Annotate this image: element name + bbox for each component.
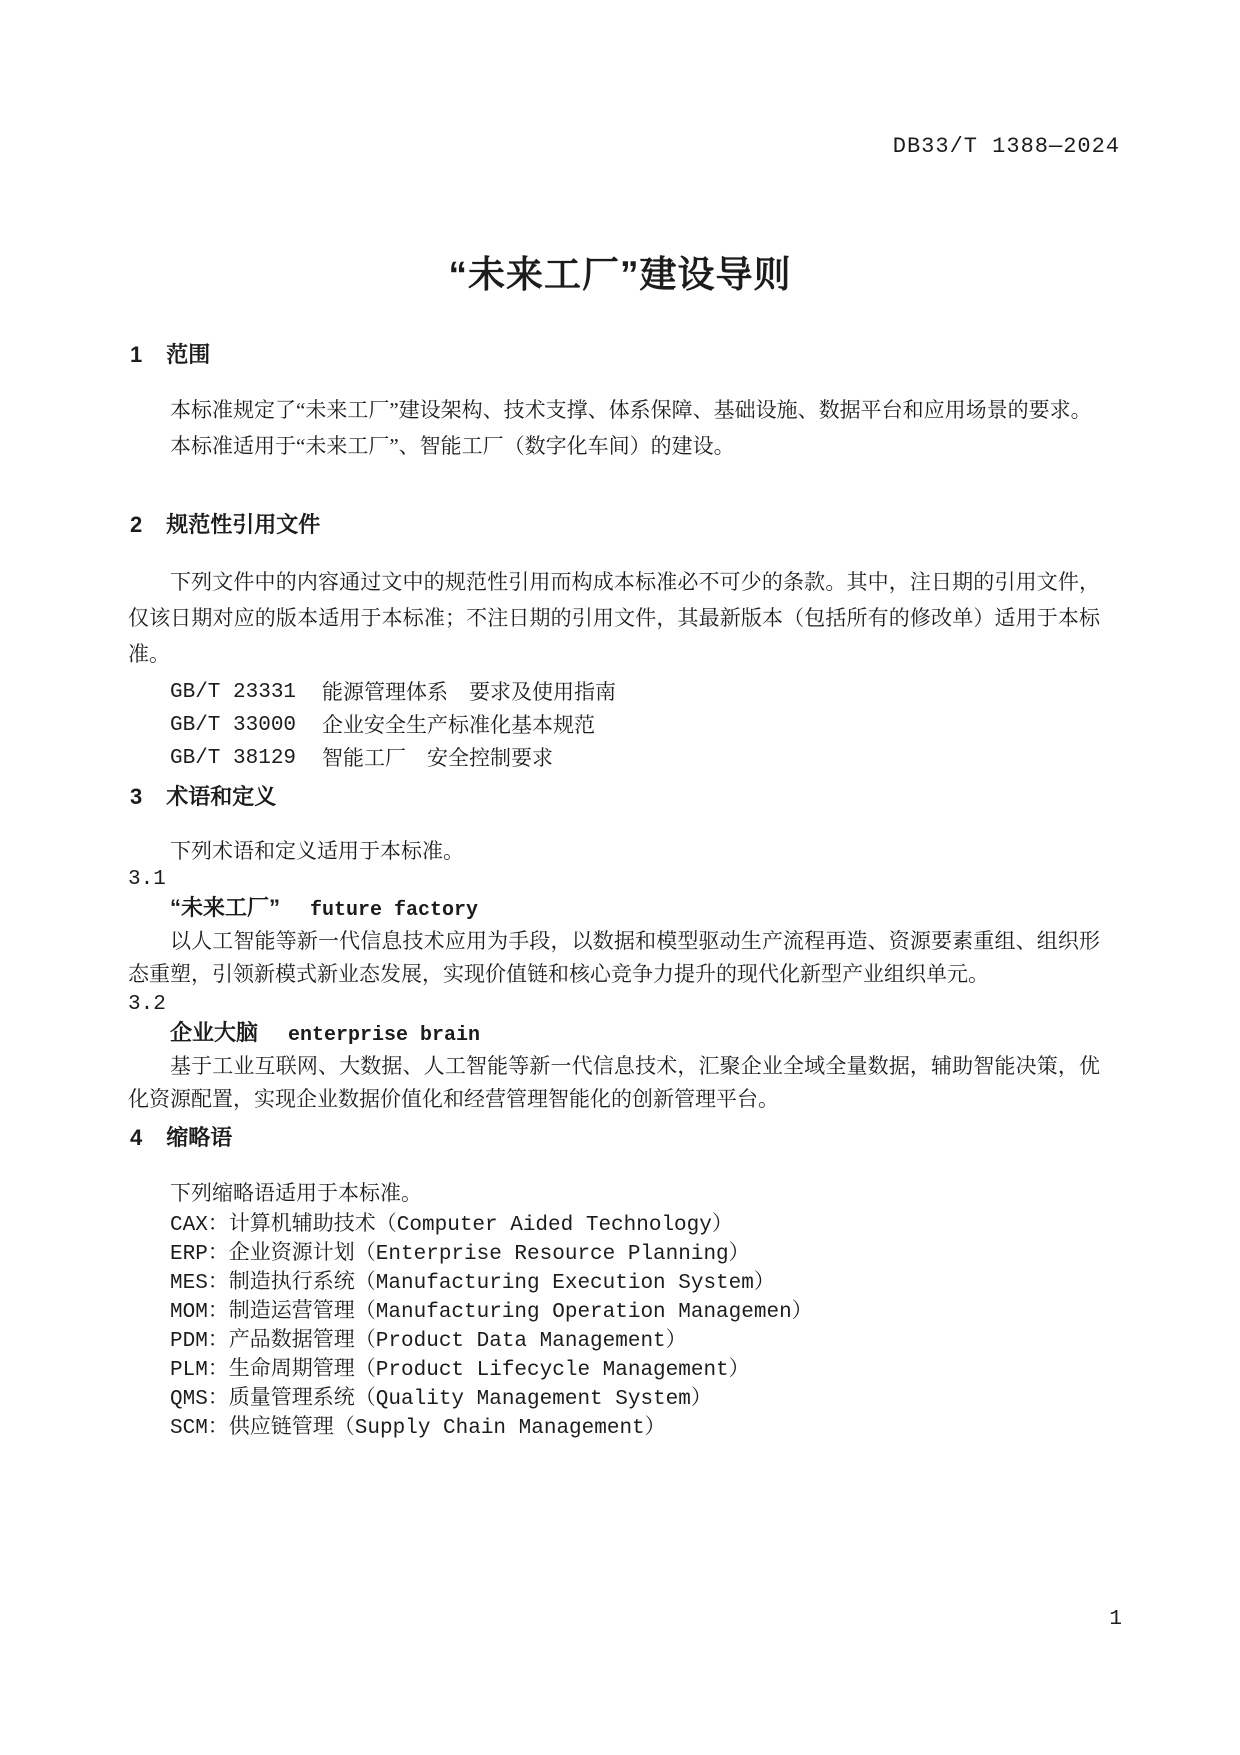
abbr-item: MOM：制造运营管理（Manufacturing Operation Manag… <box>170 1298 1100 1327</box>
section-2-body: 下列文件中的内容通过文中的规范性引用而构成本标准必不可少的条款。其中，注日期的引… <box>128 564 1100 672</box>
term-definition: 基于工业互联网、大数据、人工智能等新一代信息技术，汇聚企业全域全量数据，辅助智能… <box>128 1050 1100 1116</box>
term-name: “未来工厂” future factory <box>170 894 1100 925</box>
reference-code: GB/T 38129 <box>170 742 296 775</box>
abbr-item: MES：制造执行系统（Manufacturing Execution Syste… <box>170 1269 1100 1298</box>
doc-number: DB33/T 1388—2024 <box>893 134 1120 159</box>
reference-title: 企业安全生产标准化基本规范 <box>322 709 595 742</box>
term-number: 3.2 <box>128 991 1100 1019</box>
term-name: 企业大脑 enterprise brain <box>170 1019 1100 1050</box>
reference-list: GB/T 23331 能源管理体系 要求及使用指南 GB/T 33000 企业安… <box>128 676 1100 775</box>
reference-code: GB/T 33000 <box>170 709 296 742</box>
section-4-heading: 4 缩略语 <box>130 1125 232 1151</box>
abbr-item: QMS：质量管理系统（Quality Management System） <box>170 1385 1100 1414</box>
section-1-title: 范围 <box>166 342 210 368</box>
page-number: 1 <box>1109 1608 1122 1631</box>
term-zh: 企业大脑 <box>170 1019 258 1047</box>
section-4-body: 下列缩略语适用于本标准。 CAX：计算机辅助技术（Computer Aided … <box>128 1178 1100 1443</box>
term-zh: “未来工厂” <box>170 894 280 922</box>
reference-title: 智能工厂 安全控制要求 <box>322 742 553 775</box>
abbr-item: ERP：企业资源计划（Enterprise Resource Planning） <box>170 1240 1100 1269</box>
paragraph: 下列文件中的内容通过文中的规范性引用而构成本标准必不可少的条款。其中，注日期的引… <box>128 564 1100 672</box>
section-1-number: 1 <box>130 342 142 368</box>
section-3-heading: 3 术语和定义 <box>130 784 276 810</box>
reference-item: GB/T 33000 企业安全生产标准化基本规范 <box>170 709 1100 742</box>
term-en: enterprise brain <box>288 1022 480 1050</box>
term-number: 3.1 <box>128 866 1100 894</box>
abbr-item: SCM：供应链管理（Supply Chain Management） <box>170 1414 1100 1443</box>
section-2-title: 规范性引用文件 <box>166 512 320 538</box>
section-4-title: 缩略语 <box>166 1125 232 1151</box>
reference-item: GB/T 23331 能源管理体系 要求及使用指南 <box>170 676 1100 709</box>
reference-item: GB/T 38129 智能工厂 安全控制要求 <box>170 742 1100 775</box>
term-definition: 以人工智能等新一代信息技术应用为手段，以数据和模型驱动生产流程再造、资源要素重组… <box>128 925 1100 991</box>
section-2-number: 2 <box>130 512 142 538</box>
section-3-body: 下列术语和定义适用于本标准。 3.1 “未来工厂” future factory… <box>128 836 1100 1116</box>
abbr-intro: 下列缩略语适用于本标准。 <box>128 1178 1100 1208</box>
paragraph: 本标准适用于“未来工厂”、智能工厂（数字化车间）的建设。 <box>128 428 1100 464</box>
abbr-item: CAX：计算机辅助技术（Computer Aided Technology） <box>170 1211 1100 1240</box>
document-page: DB33/T 1388—2024 “未来工厂”建设导则 1 范围 本标准规定了“… <box>0 0 1240 1755</box>
section-4-number: 4 <box>130 1125 142 1151</box>
page-title: “未来工厂”建设导则 <box>0 244 1240 298</box>
reference-title: 能源管理体系 要求及使用指南 <box>322 676 616 709</box>
section-3-title: 术语和定义 <box>166 784 276 810</box>
reference-code: GB/T 23331 <box>170 676 296 709</box>
abbr-item: PDM：产品数据管理（Product Data Management） <box>170 1327 1100 1356</box>
section-2-heading: 2 规范性引用文件 <box>130 512 320 538</box>
abbr-item: PLM：生命周期管理（Product Lifecycle Management） <box>170 1356 1100 1385</box>
section-1-body: 本标准规定了“未来工厂”建设架构、技术支撑、体系保障、基础设施、数据平台和应用场… <box>128 392 1100 464</box>
terms-intro: 下列术语和定义适用于本标准。 <box>128 836 1100 866</box>
section-3-number: 3 <box>130 784 142 810</box>
term-en: future factory <box>310 897 478 925</box>
paragraph: 本标准规定了“未来工厂”建设架构、技术支撑、体系保障、基础设施、数据平台和应用场… <box>128 392 1100 428</box>
section-1-heading: 1 范围 <box>130 342 210 368</box>
